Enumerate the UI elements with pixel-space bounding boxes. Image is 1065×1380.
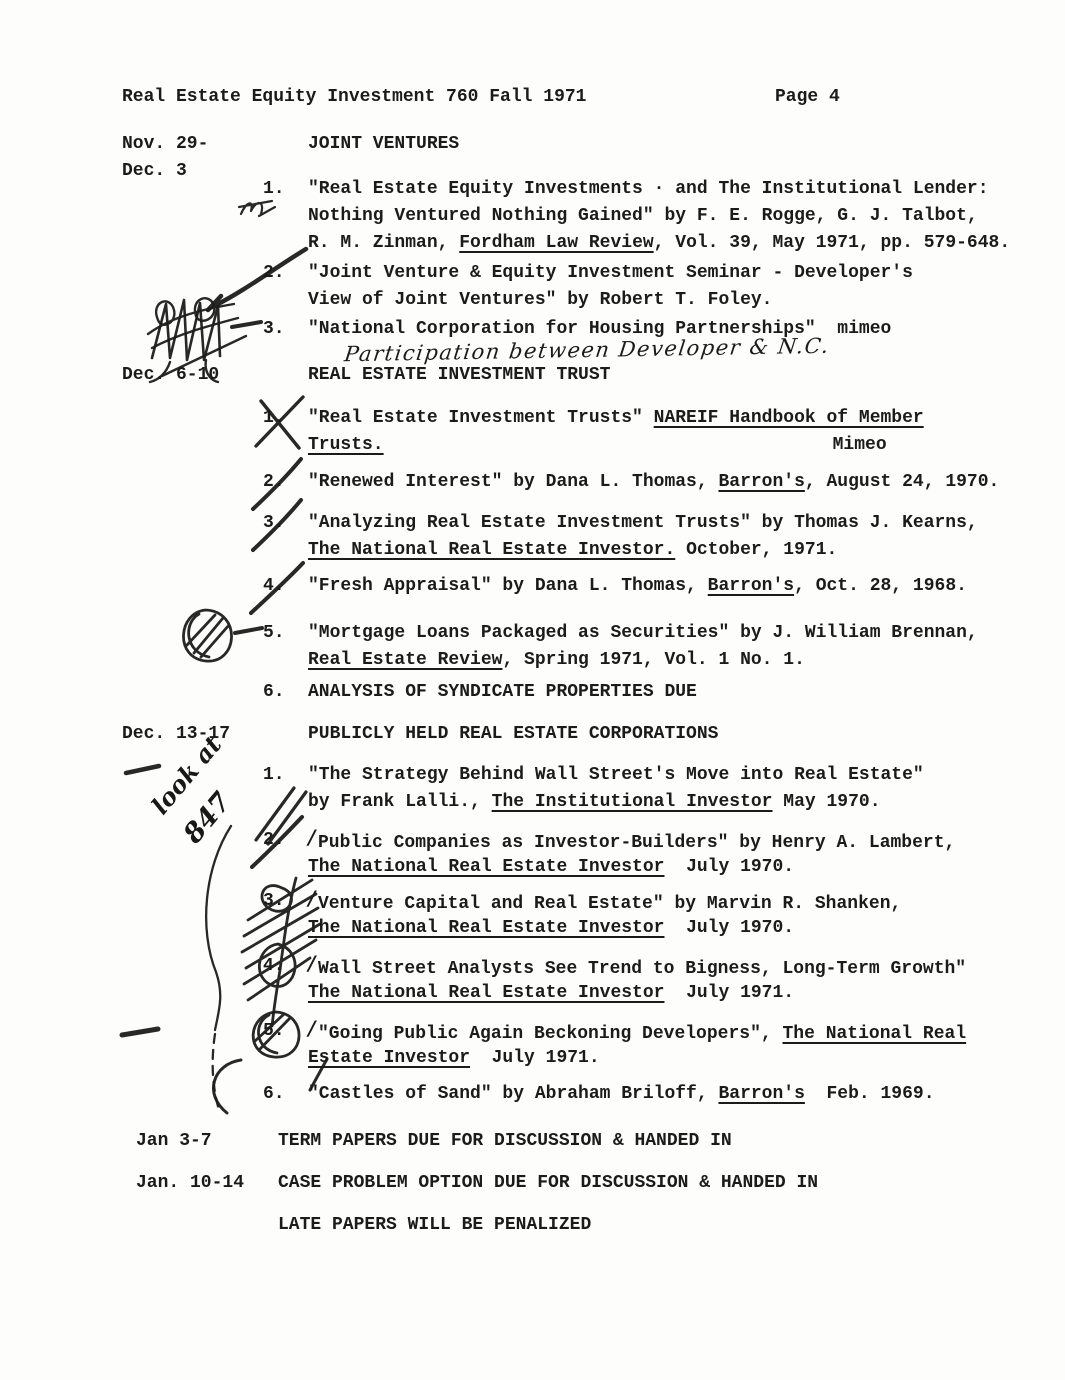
item-lines: "Castles of Sand" by Abraham Briloff, Ba… (308, 1081, 1065, 1108)
handwritten-mark: / (308, 885, 318, 912)
reading-item: 5."Mortgage Loans Packaged as Securities… (0, 620, 1065, 674)
text-segment: The Institutional Investor (492, 792, 773, 812)
text-segment: Venture Capital and Real Estate" by Marv… (318, 894, 901, 914)
text-segment: The National Real Estate Investor (308, 857, 664, 877)
text-segment: ANALYSIS OF SYNDICATE PROPERTIES DUE (308, 682, 697, 702)
reading-item: 2."Joint Venture & Equity Investment Sem… (0, 260, 1065, 314)
text-segment: July 1971. (470, 1048, 600, 1068)
section-date-line: Nov. 29- (122, 131, 208, 158)
text-segment: October, 1971. (675, 540, 837, 560)
text-segment: NAREIF Handbook of Member (654, 408, 924, 428)
footer-text: LATE PAPERS WILL BE PENALIZED (278, 1212, 591, 1239)
text-segment: "Real Estate Investment Trusts" (308, 408, 654, 428)
item-lines: /Public Companies as Investor-Builders" … (308, 827, 1065, 881)
scanned-syllabus-page: Real Estate Equity Investment 760 Fall 1… (0, 0, 1065, 1380)
reading-item: 4./Wall Street Analysts See Trend to Big… (0, 953, 1065, 1007)
text-segment: Fordham Law Review (459, 233, 653, 253)
text-segment: July 1970. (664, 918, 794, 938)
text-segment: , Oct. 28, 1968. (794, 576, 967, 596)
item-lines: "Renewed Interest" by Dana L. Thomas, Ba… (308, 469, 1065, 496)
item-number: 1. (263, 405, 285, 432)
text-segment: Real Estate Review (308, 650, 502, 670)
text-segment: "Joint Venture & Equity Investment Semin… (308, 263, 913, 283)
text-segment: Wall Street Analysts See Trend to Bignes… (318, 959, 966, 979)
text-segment: Mimeo (833, 435, 887, 455)
text-segment: Nothing Ventured Nothing Gained" by F. E… (308, 206, 978, 226)
item-lines: "Real Estate Investment Trusts" NAREIF H… (308, 405, 1065, 459)
item-line: Estate Investor July 1971. (308, 1045, 1065, 1072)
page-number: Page 4 (775, 84, 840, 111)
text-segment: Barron's (718, 1084, 804, 1104)
text-segment: Public Companies as Investor-Builders" b… (318, 833, 955, 853)
item-line: /"Going Public Again Beckoning Developer… (308, 1018, 1065, 1045)
item-line: "Mortgage Loans Packaged as Securities" … (308, 620, 1065, 647)
item-number: 3. (263, 316, 285, 343)
item-number: 6. (263, 1081, 285, 1108)
text-segment: The National Real (782, 1024, 966, 1044)
handwritten-mark: / (308, 824, 318, 851)
item-lines: /"Going Public Again Beckoning Developer… (308, 1018, 1065, 1072)
item-lines: /Venture Capital and Real Estate" by Mar… (308, 888, 1065, 942)
footer-text: CASE PROBLEM OPTION DUE FOR DISCUSSION &… (278, 1170, 818, 1197)
reading-item: 1."Real Estate Investment Trusts" NAREIF… (0, 405, 1065, 459)
item-line: /Venture Capital and Real Estate" by Mar… (308, 888, 1065, 915)
handwritten-mark: Participation between Developer & N.C. (343, 337, 831, 363)
item-line: Trusts.Mimeo (308, 432, 1065, 459)
item-line: R. M. Zinman, Fordham Law Review, Vol. 3… (308, 230, 1065, 257)
item-number: 6. (263, 679, 285, 706)
item-line: "Real Estate Equity Investments · and Th… (308, 176, 1065, 203)
text-segment: July 1970. (664, 857, 794, 877)
item-line: Nothing Ventured Nothing Gained" by F. E… (308, 203, 1065, 230)
text-segment: "Mortgage Loans Packaged as Securities" … (308, 623, 978, 643)
handwritten-mark: / (308, 950, 318, 977)
text-segment: The National Real Estate Investor. (308, 540, 675, 560)
item-line: "The Strategy Behind Wall Street's Move … (308, 762, 1065, 789)
text-segment: R. M. Zinman, (308, 233, 459, 253)
item-line: The National Real Estate Investor July 1… (308, 915, 1065, 942)
item-lines: "Real Estate Equity Investments · and Th… (308, 176, 1065, 257)
item-number: 3. (263, 888, 285, 915)
item-number: 5. (263, 620, 285, 647)
item-line: The National Real Estate Investor July 1… (308, 854, 1065, 881)
footer-date: Jan 3-7 (136, 1128, 212, 1155)
reading-item: 5./"Going Public Again Beckoning Develop… (0, 1018, 1065, 1072)
item-number: 4. (263, 573, 285, 600)
item-lines: "Mortgage Loans Packaged as Securities" … (308, 620, 1065, 674)
text-segment: "Analyzing Real Estate Investment Trusts… (308, 513, 978, 533)
section-date-line: Dec. 6-10 (122, 362, 219, 389)
text-segment: Estate Investor (308, 1048, 470, 1068)
item-line: "Analyzing Real Estate Investment Trusts… (308, 510, 1065, 537)
text-segment: by Frank Lalli., (308, 792, 492, 812)
reading-item: 3./Venture Capital and Real Estate" by M… (0, 888, 1065, 942)
item-number: 2. (263, 260, 285, 287)
item-line: /Wall Street Analysts See Trend to Bigne… (308, 953, 1065, 980)
text-segment: "Renewed Interest" by Dana L. Thomas, (308, 472, 718, 492)
reading-item: 6."Castles of Sand" by Abraham Briloff, … (0, 1081, 1065, 1108)
item-lines: "National Corporation for Housing Partne… (308, 316, 1065, 361)
text-segment: July 1971. (664, 983, 794, 1003)
reading-item: 3."National Corporation for Housing Part… (0, 316, 1065, 361)
section-title: PUBLICLY HELD REAL ESTATE CORPORATIONS (308, 721, 718, 748)
reading-item: 2."Renewed Interest" by Dana L. Thomas, … (0, 469, 1065, 496)
item-lines: "The Strategy Behind Wall Street's Move … (308, 762, 1065, 816)
text-segment: , August 24, 1970. (805, 472, 999, 492)
section-date-line: Dec. 13-17 (122, 721, 230, 748)
item-number: 1. (263, 762, 285, 789)
reading-item: 2./Public Companies as Investor-Builders… (0, 827, 1065, 881)
item-number: 5. (263, 1018, 285, 1045)
item-line: "Real Estate Investment Trusts" NAREIF H… (308, 405, 1065, 432)
reading-item: 6.ANALYSIS OF SYNDICATE PROPERTIES DUE (0, 679, 1065, 706)
item-line: ANALYSIS OF SYNDICATE PROPERTIES DUE (308, 679, 1065, 706)
text-segment: , Vol. 39, May 1971, pp. 579-648. (654, 233, 1010, 253)
item-lines: ANALYSIS OF SYNDICATE PROPERTIES DUE (308, 679, 1065, 706)
text-segment: The National Real Estate Investor (308, 918, 664, 938)
text-segment: "Castles of Sand" by Abraham Briloff, (308, 1084, 718, 1104)
item-number: 1. (263, 176, 285, 203)
text-segment: Trusts. (308, 435, 384, 455)
text-segment: "Fresh Appraisal" by Dana L. Thomas, (308, 576, 708, 596)
section-dates: Dec. 13-17 (122, 721, 230, 748)
text-segment: Barron's (718, 472, 804, 492)
text-segment: Barron's (708, 576, 794, 596)
section-dates: Dec. 6-10 (122, 362, 219, 389)
item-line: "Castles of Sand" by Abraham Briloff, Ba… (308, 1081, 1065, 1108)
text-segment: "Real Estate Equity Investments · and Th… (308, 179, 989, 199)
item-line: The National Real Estate Investor July 1… (308, 980, 1065, 1007)
text-segment: View of Joint Ventures" by Robert T. Fol… (308, 290, 772, 310)
reading-item: 1."The Strategy Behind Wall Street's Mov… (0, 762, 1065, 816)
item-line: by Frank Lalli., The Institutional Inves… (308, 789, 1065, 816)
item-number: 4. (263, 953, 285, 980)
text-segment: "Going Public Again Beckoning Developers… (318, 1024, 782, 1044)
handwritten-mark: / (308, 1015, 318, 1042)
item-line: Real Estate Review, Spring 1971, Vol. 1 … (308, 647, 1065, 674)
reading-item: 3."Analyzing Real Estate Investment Trus… (0, 510, 1065, 564)
course-header: Real Estate Equity Investment 760 Fall 1… (122, 84, 586, 111)
item-line: The National Real Estate Investor. Octob… (308, 537, 1065, 564)
item-line: /Public Companies as Investor-Builders" … (308, 827, 1065, 854)
item-line: "Joint Venture & Equity Investment Semin… (308, 260, 1065, 287)
item-lines: "Fresh Appraisal" by Dana L. Thomas, Bar… (308, 573, 1065, 600)
reading-item: 4."Fresh Appraisal" by Dana L. Thomas, B… (0, 573, 1065, 600)
section-title: REAL ESTATE INVESTMENT TRUST (308, 362, 610, 389)
footer-date: Jan. 10-14 (136, 1170, 244, 1197)
item-lines: /Wall Street Analysts See Trend to Bigne… (308, 953, 1065, 1007)
text-segment: May 1970. (773, 792, 881, 812)
item-number: 2. (263, 469, 285, 496)
item-line: "Renewed Interest" by Dana L. Thomas, Ba… (308, 469, 1065, 496)
item-number: 2. (263, 827, 285, 854)
section-title: JOINT VENTURES (308, 131, 459, 158)
item-line: "Fresh Appraisal" by Dana L. Thomas, Bar… (308, 573, 1065, 600)
text-segment: The National Real Estate Investor (308, 983, 664, 1003)
item-number: 3. (263, 510, 285, 537)
item-lines: "Joint Venture & Equity Investment Semin… (308, 260, 1065, 314)
item-lines: "Analyzing Real Estate Investment Trusts… (308, 510, 1065, 564)
text-segment: Feb. 1969. (805, 1084, 935, 1104)
text-segment: "The Strategy Behind Wall Street's Move … (308, 765, 924, 785)
footer-text: TERM PAPERS DUE FOR DISCUSSION & HANDED … (278, 1128, 732, 1155)
item-line: Participation between Developer & N.C. (308, 341, 1065, 361)
reading-item: 1."Real Estate Equity Investments · and … (0, 176, 1065, 257)
text-segment: , Spring 1971, Vol. 1 No. 1. (502, 650, 804, 670)
item-line: View of Joint Ventures" by Robert T. Fol… (308, 287, 1065, 314)
